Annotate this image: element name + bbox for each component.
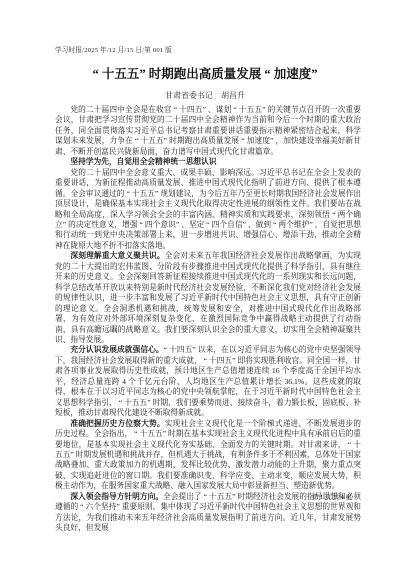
paragraph: 深刻理解重大意义聚共识。全会对未来五年我国经济社会发展作出战略擘画，为实现党的二…	[55, 251, 361, 345]
paragraph: 党的二十届四中全会意义重大、成果丰硕、影响深远。习近平总书记在全会上发表的重要讲…	[55, 168, 361, 252]
paragraph-text: 党的二十届四中全会意义重大、成果丰硕、影响深远。习近平总书记在全会上发表的重要讲…	[55, 168, 361, 250]
masthead-source-line: 学习时报/2025 年/12 月/15 日/第 001 版	[55, 44, 172, 54]
paragraph-text: 实现社会主义现代化是一个阶梯式递进、不断发展进步的历史过程。全会指出， “ 十五…	[55, 419, 361, 491]
paragraph: 充分认识发展成就强信心。“ 十四五” 以来，在以习近平同志为核心的党中央坚强领导…	[55, 345, 361, 418]
paragraph-text: “ 十四五” 以来，在以习近平同志为核心的党中央坚强领导下，我国经济社会发展取得…	[55, 345, 361, 417]
paragraph: 准确把握历史方位察大势。实现社会主义现代化是一个阶梯式递进、不断发展进步的历史过…	[55, 419, 361, 492]
paragraph-intro: 党的二十届四中全会是在收官 “ 十四五” 、谋划 “ 十五五” 的关键节点召开的…	[55, 105, 361, 157]
paragraph-lead: 深刻理解重大意义聚共识。	[70, 251, 164, 260]
article-byline: 甘肃省委书记 胡昌升	[0, 90, 410, 101]
article-title: “ 十五五” 时期跑出高质量发展 “ 加速度”	[0, 64, 410, 82]
section-heading: 坚持学为先，自觉用全会精神统一思想认识	[55, 157, 361, 167]
article-body: 党的二十届四中全会是在收官 “ 十四五” 、谋划 “ 十五五” 的关键节点召开的…	[55, 105, 361, 534]
page-number: 第 1 页 共 4 页	[312, 492, 352, 501]
paragraph-lead: 准确把握历史方位察大势。	[70, 419, 164, 428]
paragraph-lead: 充分认识发展成就强信心。	[70, 345, 163, 354]
paragraph-lead: 深入领会指导方针明方向。	[70, 492, 163, 501]
paragraph-text: 全会对未来五年我国经济社会发展作出战略擘画，为实现党的二十大提出的宏伟蓝图、分阶…	[55, 251, 361, 344]
paragraph-text: 党的二十届四中全会是在收官 “ 十四五” 、谋划 “ 十五五” 的关键节点召开的…	[55, 105, 361, 156]
document-page: 学习时报/2025 年/12 月/15 日/第 001 版 “ 十五五” 时期跑…	[0, 0, 410, 580]
